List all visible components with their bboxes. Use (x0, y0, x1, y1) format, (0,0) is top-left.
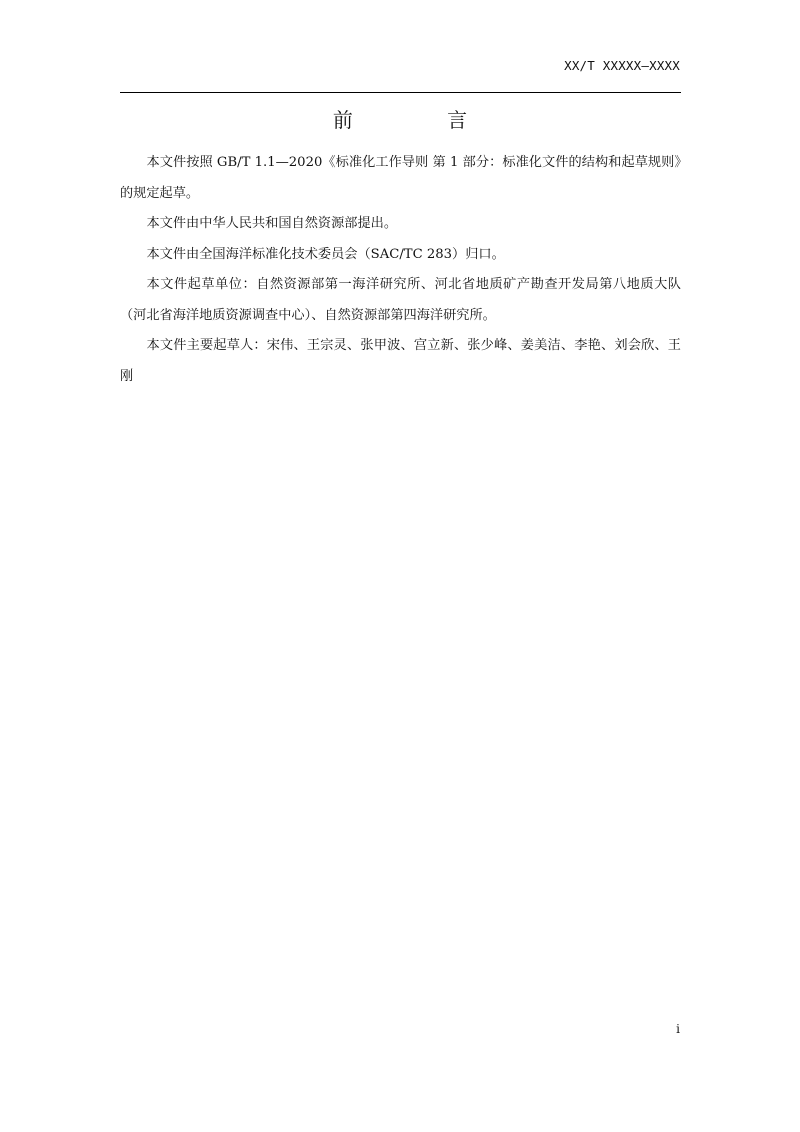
header-divider (120, 92, 681, 93)
paragraph-drafting-units: 本文件起草单位：自然资源部第一海洋研究所、河北省地质矿产勘查开发局第八地质大队（… (120, 270, 681, 331)
foreword-body: 本文件按照 GB/T 1.1—2020《标准化工作导则 第 1 部分：标准化文件… (120, 148, 681, 392)
page-number: i (676, 1022, 680, 1036)
page-title: 前 言 (0, 104, 800, 133)
paragraph-drafting-rules: 本文件按照 GB/T 1.1—2020《标准化工作导则 第 1 部分：标准化文件… (120, 148, 681, 209)
paragraph-proposed-by: 本文件由中华人民共和国自然资源部提出。 (120, 209, 681, 240)
paragraph-under-jurisdiction: 本文件由全国海洋标准化技术委员会（SAC/TC 283）归口。 (120, 240, 681, 271)
paragraph-drafters: 本文件主要起草人：宋伟、王宗灵、张甲波、宫立新、张少峰、姜美洁、李艳、刘会欣、王… (120, 331, 681, 392)
standard-code: XX/T XXXXX—XXXX (564, 58, 680, 73)
